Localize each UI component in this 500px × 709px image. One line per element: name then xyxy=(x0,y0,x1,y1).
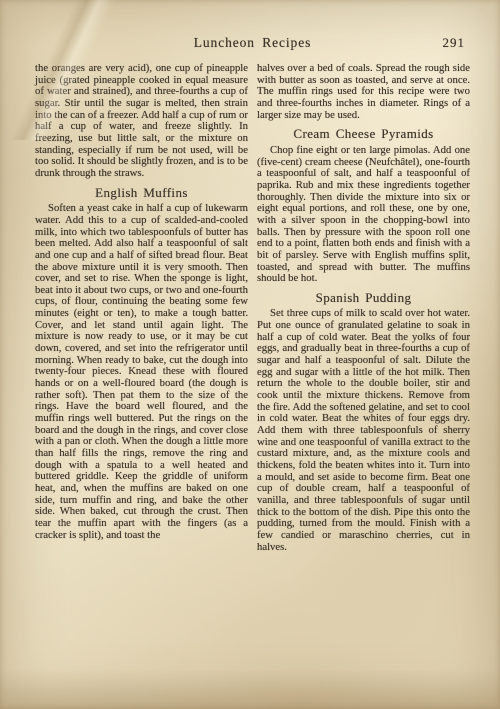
continued-paragraph: halves over a bed of coals. Spread the r… xyxy=(257,63,470,121)
two-column-text: the oranges are very acid), one cup of p… xyxy=(35,63,470,553)
recipe-paragraph: Chop fine eight or ten large pimolas. Ad… xyxy=(257,145,470,285)
right-column: halves over a bed of coals. Spread the r… xyxy=(257,63,470,553)
recipe-paragraph: Set three cups of milk to scald over hot… xyxy=(257,308,470,553)
recipe-heading-english-muffins: English Muffins xyxy=(35,187,248,199)
recipe-paragraph: Soften a yeast cake in half a cup of luk… xyxy=(35,203,248,541)
recipe-heading-spanish-pudding: Spanish Pudding xyxy=(257,292,470,304)
page-header-title: Luncheon Recipes xyxy=(194,35,312,50)
continued-paragraph: the oranges are very acid), one cup of p… xyxy=(35,63,248,180)
paper-stain-decoration xyxy=(0,669,500,709)
book-page: Luncheon Recipes 291 the oranges are ver… xyxy=(0,0,500,709)
left-column: the oranges are very acid), one cup of p… xyxy=(35,63,248,553)
recipe-heading-cream-cheese-pyramids: Cream Cheese Pyramids xyxy=(257,128,470,140)
page-number: 291 xyxy=(443,35,466,51)
running-header: Luncheon Recipes 291 xyxy=(35,34,470,52)
